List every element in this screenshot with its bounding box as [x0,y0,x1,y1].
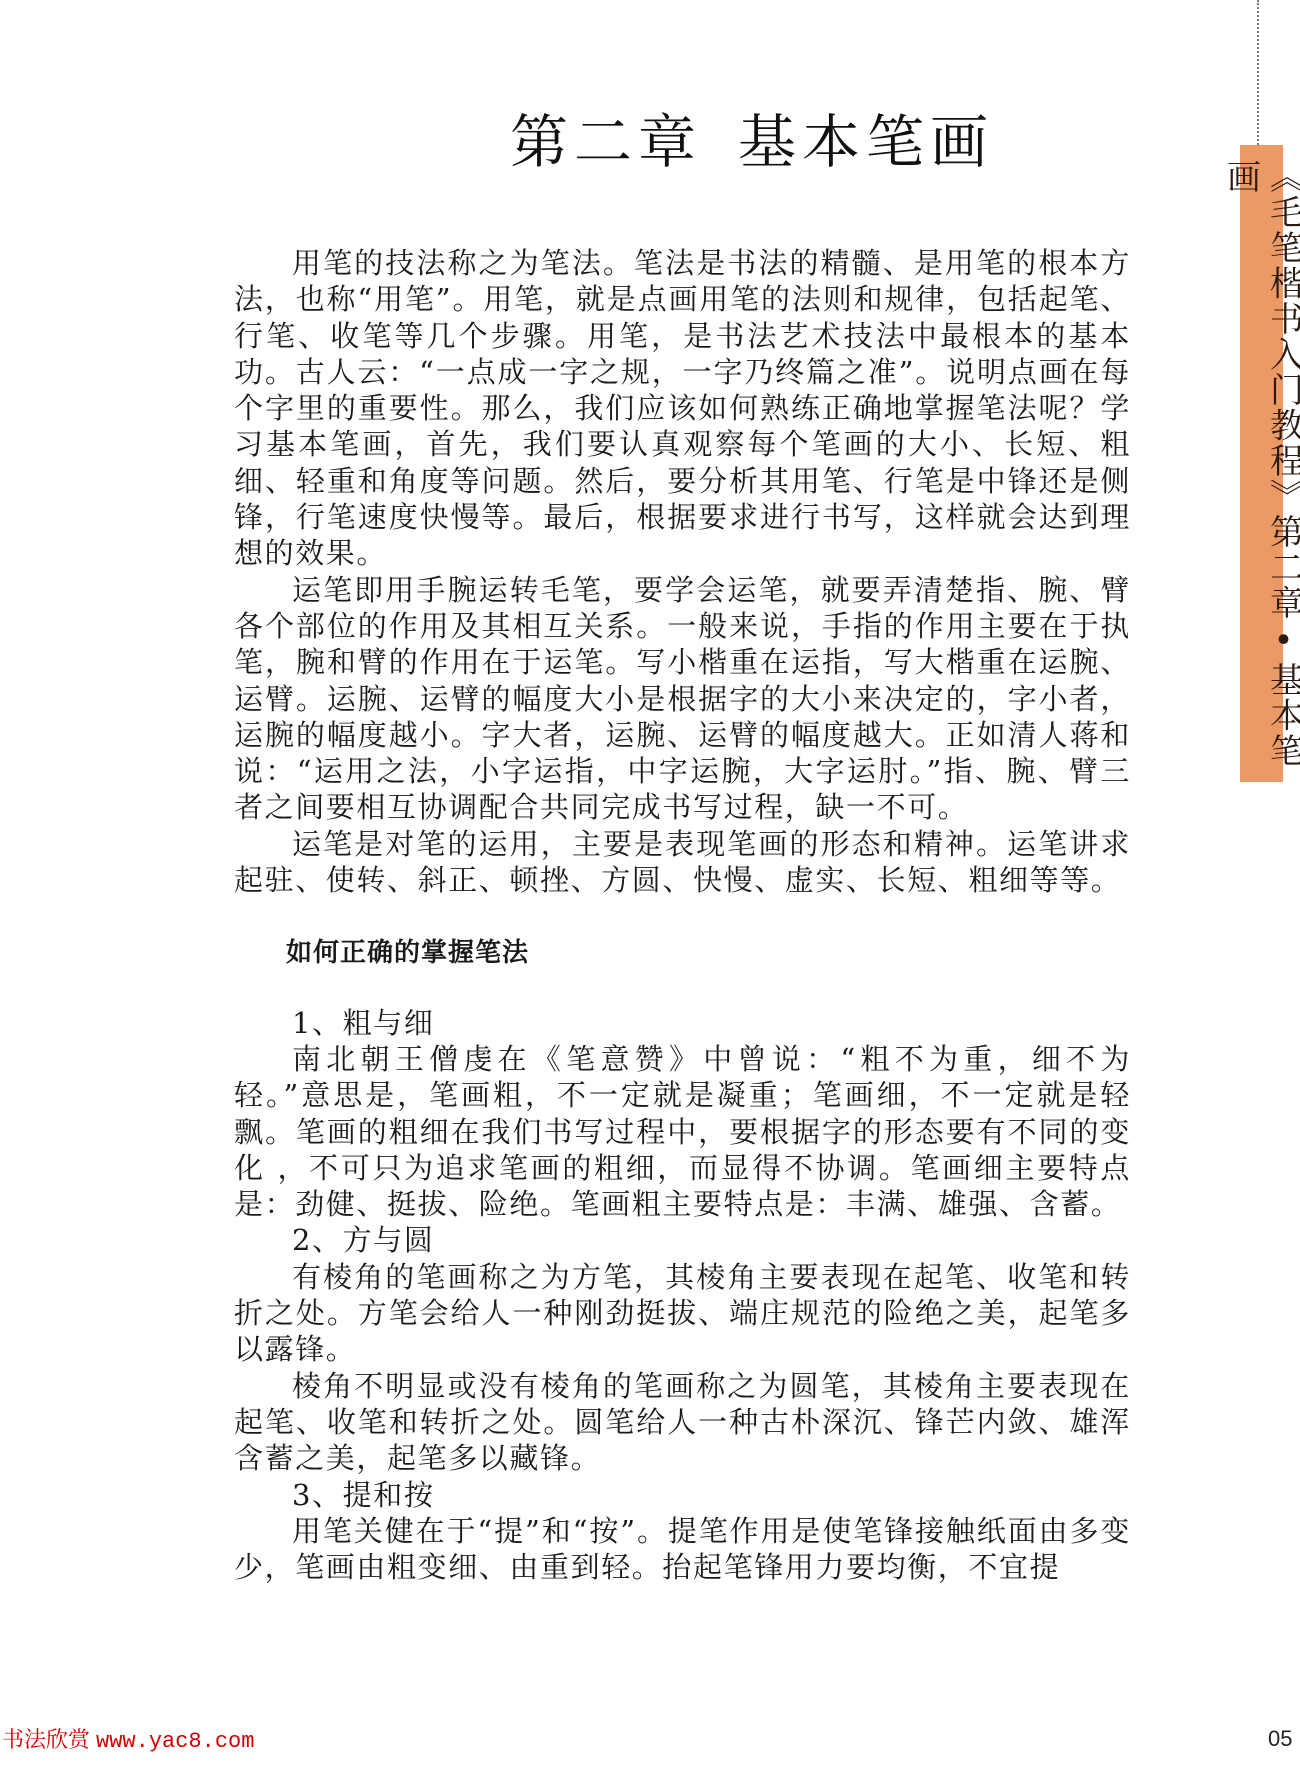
paragraph: 用笔关健在于“提”和“按”。提笔作用是使笔锋接触纸面由多变少，笔画由粗变细、由重… [234,1513,1131,1586]
paragraph: 南北朝王僧虔在《笔意赞》中曾说：“粗不为重，细不为轻。”意思是，笔画粗，不一定就… [234,1041,1131,1222]
paragraph: 棱角不明显或没有棱角的笔画称之为圆笔，其棱角主要表现在起笔、收笔和转折之处。圆笔… [234,1368,1131,1477]
book-page: 《毛笔楷书入门教程》第二章•基本笔画 第二章基本笔画 用笔的技法称之为笔法。笔法… [0,0,1300,1776]
paragraph: 有棱角的笔画称之为方笔，其棱角主要表现在起笔、收笔和转折之处。方笔会给人一种刚劲… [234,1259,1131,1368]
chapter-number: 第二章 [510,108,702,176]
section-heading: 如何正确的掌握笔法 [234,935,1131,971]
dotted-guide-line [1257,0,1259,145]
watermark-url: www.yac8.com [96,1729,254,1754]
body-text: 用笔的技法称之为笔法。笔法是书法的精髓、是用笔的根本方法，也称“用笔”。用笔，就… [234,245,1131,1585]
sub-heading: 2、方与圆 [234,1222,1131,1258]
watermark-text: 书法欣赏 [2,1728,90,1753]
paragraph: 用笔的技法称之为笔法。笔法是书法的精髓、是用笔的根本方法，也称“用笔”。用笔，就… [234,245,1131,572]
chapter-title: 第二章基本笔画 [510,95,1030,179]
chapter-name: 基本笔画 [738,108,994,176]
page-number: 05 [1268,1726,1292,1752]
sub-heading: 3、提和按 [234,1477,1131,1513]
chapter-side-tab: 《毛笔楷书入门教程》第二章•基本笔画 [1240,145,1283,782]
site-watermark: 书法欣赏www.yac8.com [2,1723,254,1754]
paragraph: 运笔即用手腕运转毛笔，要学会运笔，就要弄清楚指、腕、臂各个部位的作用及其相互关系… [234,572,1131,826]
side-tab-label: 《毛笔楷书入门教程》第二章•基本笔画 [1219,159,1300,782]
sub-heading: 1、粗与细 [234,1005,1131,1041]
paragraph: 运笔是对笔的运用，主要是表现笔画的形态和精神。运笔讲求起驻、使转、斜正、顿挫、方… [234,826,1131,899]
